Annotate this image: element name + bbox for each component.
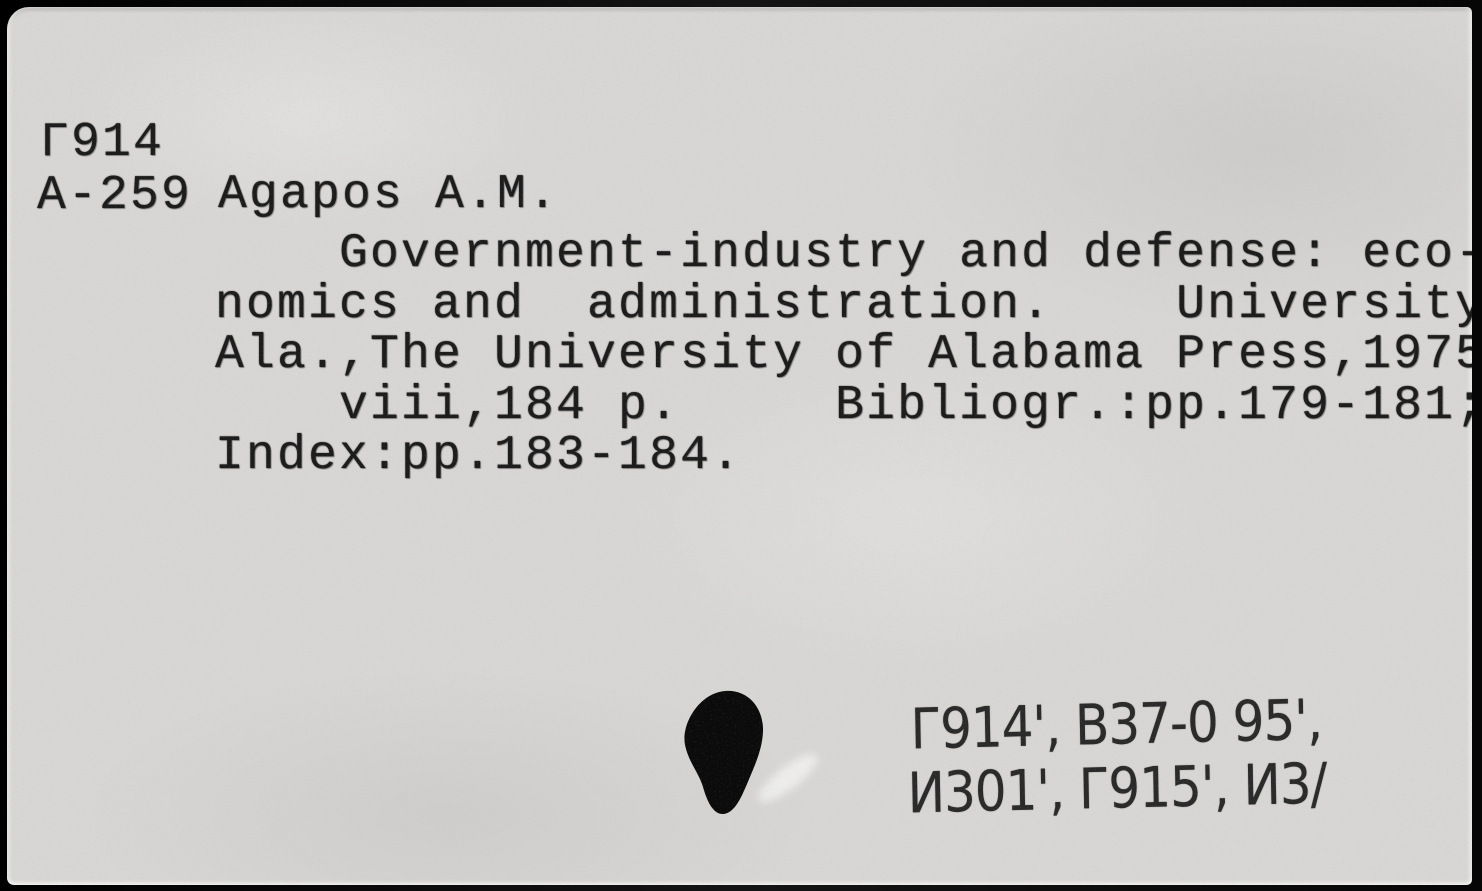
catalog-card: Г914 A-259 Agapos A.M. Government-indust… bbox=[7, 7, 1472, 885]
call-number-classification: Г914 bbox=[40, 118, 164, 169]
handwritten-call-codes-line2: И301', Г915', И3/ bbox=[907, 751, 1327, 826]
scanned-catalog-card-page: { "document": { "kind": "library-catalog… bbox=[0, 0, 1482, 891]
ink-blot-icon bbox=[678, 688, 770, 824]
catalog-entry-text: Government-industry and defense: eco- no… bbox=[215, 229, 1472, 482]
handwritten-call-codes-line1: Г914', В37-0 95', bbox=[910, 687, 1323, 762]
author-name: Agapos A.M. bbox=[218, 170, 559, 221]
call-number-author-mark: A-259 bbox=[37, 171, 192, 222]
